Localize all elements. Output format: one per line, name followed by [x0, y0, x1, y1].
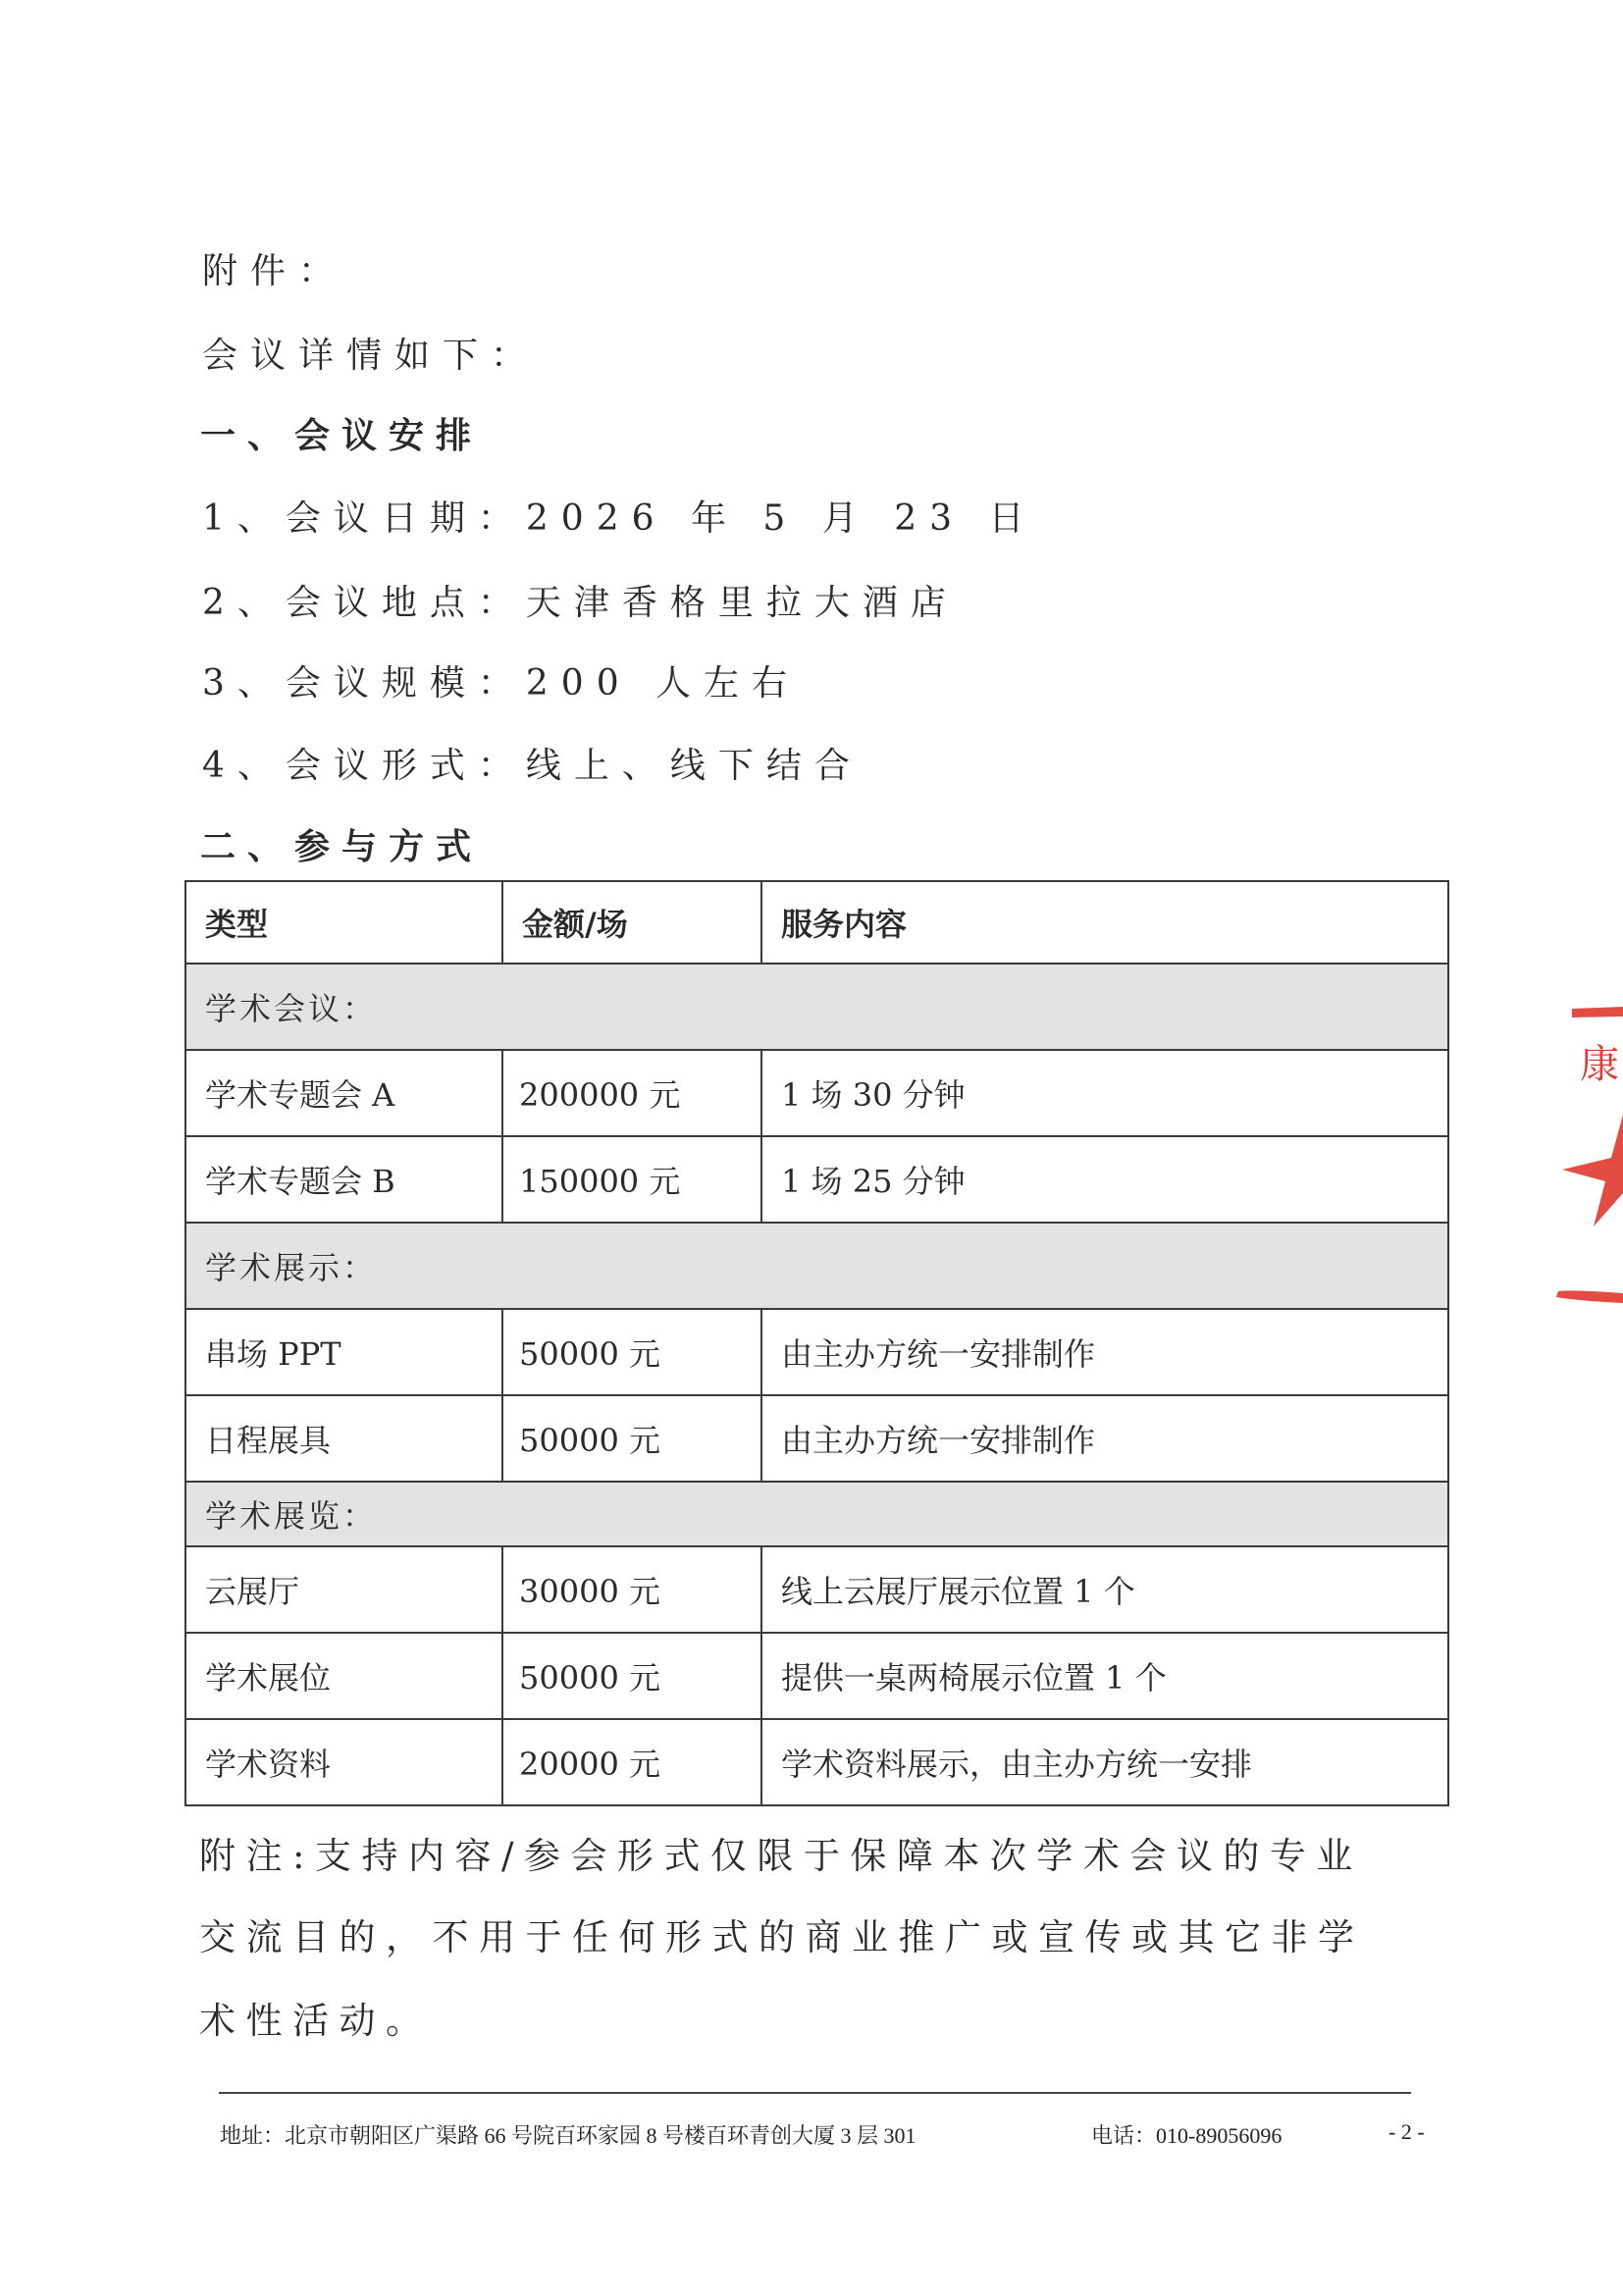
table-row: 云展厅 30000 元 线上云展厅展示位置 1 个 — [185, 1546, 1448, 1633]
table-row: 学术资料 20000 元 学术资料展示，由主办方统一安排 — [185, 1719, 1448, 1805]
section-heading-arrangement: 一、会议安排 — [200, 415, 483, 458]
intro-text: 会议详情如下： — [202, 335, 539, 378]
column-header-type: 类型 — [185, 881, 502, 964]
footer-divider — [219, 2092, 1411, 2094]
participation-fee-table: 类型 金额/场 服务内容 学术会议： 学术专题会 A 200000 元 1 场 … — [184, 880, 1449, 1806]
arrangement-item-format: 4、会议形式：线上、线下结合 — [202, 745, 863, 788]
cell-service: 线上云展厅展示位置 1 个 — [761, 1546, 1448, 1633]
arrangement-item-location: 2、会议地点：天津香格里拉大酒店 — [202, 582, 959, 625]
cell-type: 学术资料 — [185, 1719, 502, 1805]
note-line-3: 术性活动。 — [199, 2000, 433, 2043]
cell-service: 提供一桌两椅展示位置 1 个 — [761, 1633, 1448, 1719]
seal-star-icon: 康 — [1550, 1001, 1623, 1315]
table-row: 串场 PPT 50000 元 由主办方统一安排制作 — [185, 1309, 1448, 1395]
cell-type: 学术专题会 A — [185, 1050, 502, 1136]
cell-service: 1 场 25 分钟 — [761, 1136, 1448, 1223]
footer-address: 地址：北京市朝阳区广渠路 66 号院百环家园 8 号楼百环青创大厦 3 层 30… — [220, 2119, 916, 2150]
table-group-row: 学术会议： — [185, 964, 1448, 1050]
cell-type: 学术专题会 B — [185, 1136, 502, 1223]
cell-service: 1 场 30 分钟 — [761, 1050, 1448, 1136]
table-header-row: 类型 金额/场 服务内容 — [185, 881, 1448, 964]
group-label: 学术展示： — [185, 1223, 1448, 1309]
cell-type: 日程展具 — [185, 1395, 502, 1482]
note-line-1: 附注:支持内容/参会形式仅限于保障本次学术会议的专业 — [199, 1835, 1363, 1878]
table-row: 学术展位 50000 元 提供一桌两椅展示位置 1 个 — [185, 1633, 1448, 1719]
cell-amount: 200000 元 — [502, 1050, 761, 1136]
cell-type: 云展厅 — [185, 1546, 502, 1633]
cell-amount: 30000 元 — [502, 1546, 761, 1633]
section-heading-participation: 二、参与方式 — [200, 826, 483, 869]
note-line-2: 交流目的，不用于任何形式的商业推广或宣传或其它非学 — [199, 1916, 1365, 1959]
cell-amount: 150000 元 — [502, 1136, 761, 1223]
cell-amount: 50000 元 — [502, 1633, 761, 1719]
cell-amount: 50000 元 — [502, 1309, 761, 1395]
table-row: 学术专题会 A 200000 元 1 场 30 分钟 — [185, 1050, 1448, 1136]
cell-amount: 20000 元 — [502, 1719, 761, 1805]
attachment-label: 附件： — [202, 250, 346, 293]
cell-service: 由主办方统一安排制作 — [761, 1395, 1448, 1482]
table-group-row: 学术展示： — [185, 1223, 1448, 1309]
cell-type: 串场 PPT — [185, 1309, 502, 1395]
table-group-row: 学术展览： — [185, 1482, 1448, 1546]
arrangement-item-scale: 3、会议规模：200 人左右 — [202, 662, 800, 705]
page-number: - 2 - — [1388, 2119, 1425, 2145]
table-row: 日程展具 50000 元 由主办方统一安排制作 — [185, 1395, 1448, 1482]
cell-service: 由主办方统一安排制作 — [761, 1309, 1448, 1395]
cell-type: 学术展位 — [185, 1633, 502, 1719]
group-label: 学术展览： — [185, 1482, 1448, 1546]
cell-service: 学术资料展示，由主办方统一安排 — [761, 1719, 1448, 1805]
seal-char: 康 — [1580, 1042, 1619, 1087]
official-seal-stamp: 康 — [1550, 1001, 1623, 1315]
footer-phone: 电话：010-89056096 — [1091, 2119, 1282, 2150]
cell-amount: 50000 元 — [502, 1395, 761, 1482]
column-header-amount: 金额/场 — [502, 881, 761, 964]
arrangement-item-date: 1、会议日期：2026 年 5 月 23 日 — [202, 497, 1036, 541]
group-label: 学术会议： — [185, 964, 1448, 1050]
column-header-service: 服务内容 — [761, 881, 1448, 964]
table-row: 学术专题会 B 150000 元 1 场 25 分钟 — [185, 1136, 1448, 1223]
